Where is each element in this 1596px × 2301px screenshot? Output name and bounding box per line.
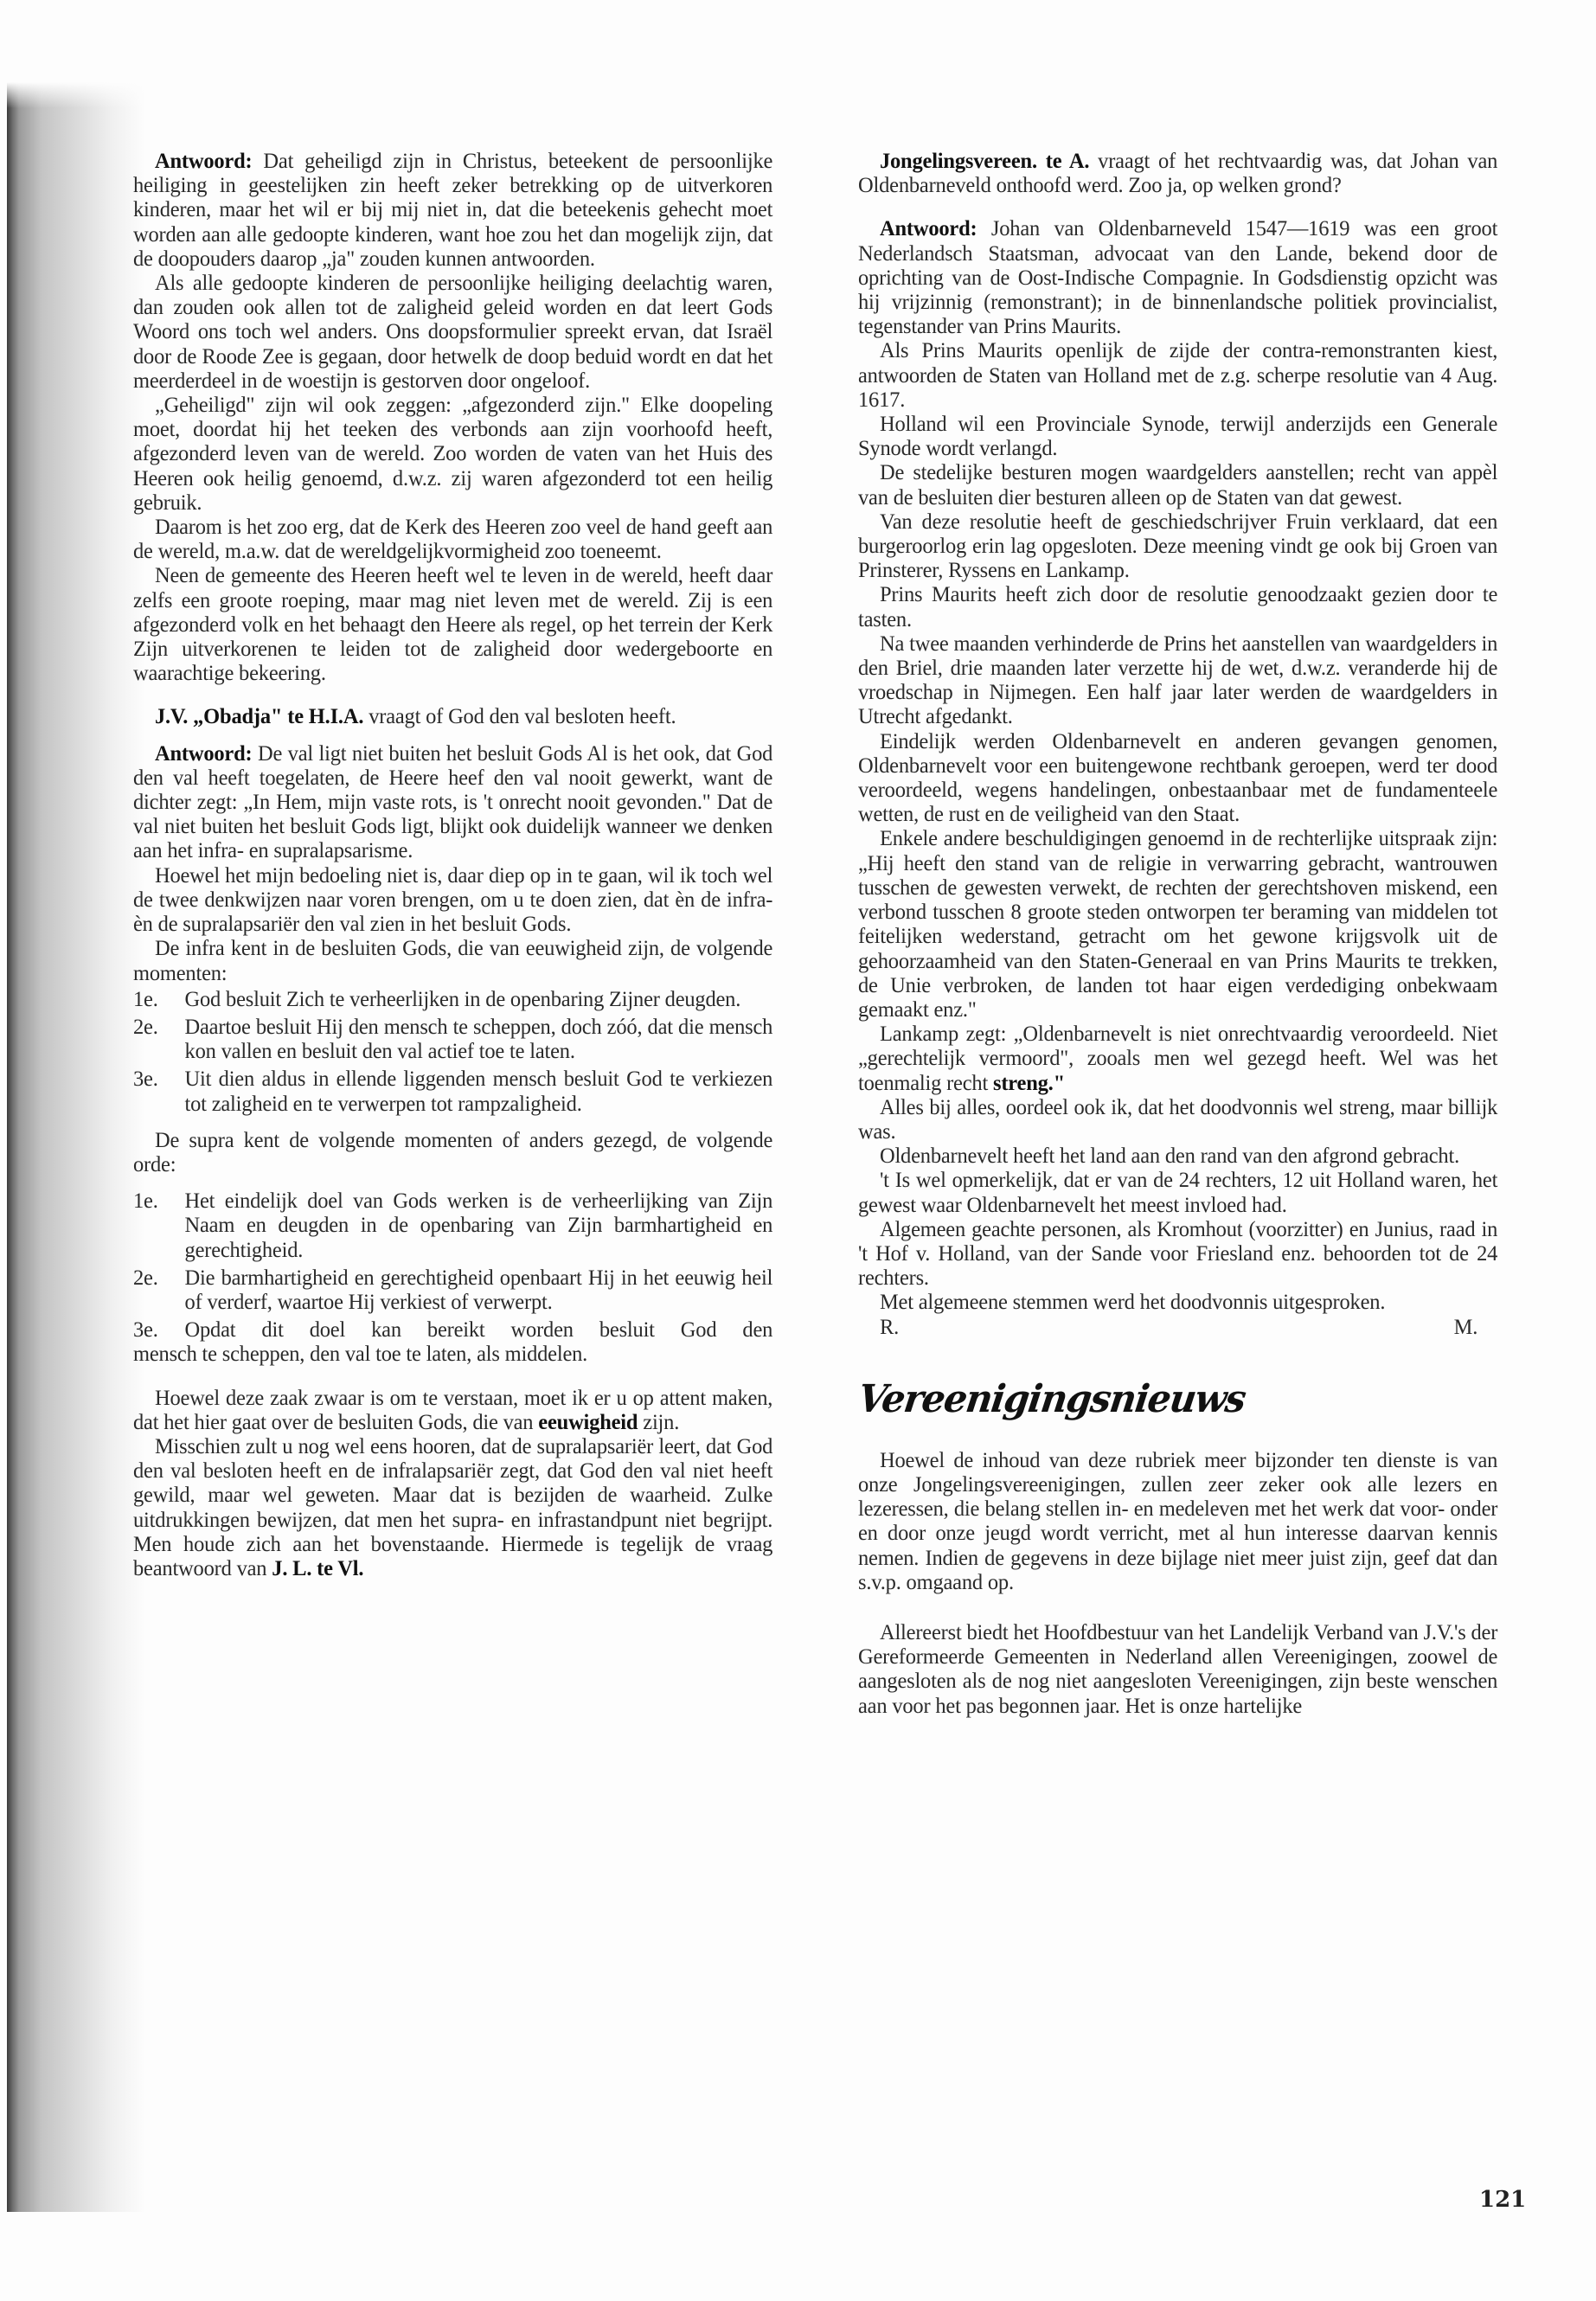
answer-label: Antwoord:: [155, 740, 253, 766]
signature: R. M.: [858, 1315, 1497, 1339]
paragraph: De supra kent de volgende momenten of an…: [133, 1128, 772, 1176]
supra-list: 1e.Het eindelijk doel van Gods werken is…: [133, 1189, 772, 1366]
answer-paragraph: Antwoord: Johan van Oldenbarneveld 1547—…: [858, 216, 1497, 338]
paragraph: Alles bij alles, oordeel ook ik, dat het…: [858, 1095, 1497, 1144]
paragraph: Algemeen geachte personen, als Kromhout …: [858, 1217, 1497, 1291]
paragraph: De stedelijke besturen mogen waardgelder…: [858, 460, 1497, 509]
paragraph: Lankamp zegt: „Oldenbarnevelt is niet on…: [858, 1022, 1497, 1095]
signature-right: M.: [1454, 1315, 1478, 1339]
paragraph: 't Is wel opmerkelijk, dat er van de 24 …: [858, 1168, 1497, 1216]
paragraph: De infra kent in de besluiten Gods, die …: [133, 936, 772, 984]
paragraph: Allereerst biedt het Hoofdbestuur van he…: [858, 1620, 1497, 1718]
paragraph: Hoewel deze zaak zwaar is om te verstaan…: [133, 1386, 772, 1434]
list-item: 1e.Het eindelijk doel van Gods werken is…: [133, 1189, 772, 1262]
answer-label: Antwoord:: [155, 148, 253, 173]
right-column: Jongelingsvereen. te A. vraagt of het re…: [858, 149, 1497, 1718]
paragraph: Daarom is het zoo erg, dat de Kerk des H…: [133, 515, 772, 563]
paragraph: „Geheiligd" zijn wil ook zeggen: „afgezo…: [133, 393, 772, 515]
page-binding-shadow: [7, 82, 145, 2212]
left-column: Antwoord: Dat geheiligd zijn in Christus…: [133, 149, 772, 1580]
section-heading: Vereenigingsnieuws: [855, 1374, 1504, 1426]
paragraph: Hoewel de inhoud van deze rubriek meer b…: [858, 1448, 1497, 1594]
list-item-continuation: mensch te scheppen, den val toe te laten…: [133, 1342, 772, 1366]
paragraph: Eindelijk werden Oldenbarnevelt en ander…: [858, 729, 1497, 827]
paragraph: Na twee maanden verhinderde de Prins het…: [858, 631, 1497, 729]
answer-paragraph: Antwoord: De val ligt niet buiten het be…: [133, 741, 772, 863]
paragraph: Misschien zult u nog wel eens hooren, da…: [133, 1434, 772, 1580]
paragraph: Oldenbarnevelt heeft het land aan den ra…: [858, 1144, 1497, 1168]
paragraph: Van deze resolutie heeft de geschiedschr…: [858, 510, 1497, 583]
paragraph: Als Prins Maurits openlijk de zijde der …: [858, 338, 1497, 412]
addressee: J. L. te Vl.: [272, 1555, 363, 1580]
list-item: 3e.Opdat dit doel kan bereikt worden bes…: [133, 1317, 772, 1342]
paragraph: Enkele andere beschuldigingen genoemd in…: [858, 826, 1497, 1022]
paragraph: Holland wil een Provinciale Synode, terw…: [858, 412, 1497, 460]
list-item: 1e.God besluit Zich te verheerlijken in …: [133, 987, 772, 1011]
list-item: 2e.Die barmhartigheid en gerechtigheid o…: [133, 1266, 772, 1314]
answer-paragraph: Antwoord: Dat geheiligd zijn in Christus…: [133, 149, 772, 271]
paragraph: Neen de gemeente des Heeren heeft wel te…: [133, 563, 772, 685]
page-number: 121: [1479, 2187, 1526, 2213]
infra-list: 1e.God besluit Zich te verheerlijken in …: [133, 987, 772, 1116]
question-asker: J.V. „Obadja" te H.I.A.: [155, 703, 363, 728]
emphasis: eeuwigheid: [538, 1409, 638, 1434]
list-item: 3e.Uit dien aldus in ellende liggenden m…: [133, 1067, 772, 1115]
paragraph: Met algemeene stemmen werd het doodvonni…: [858, 1290, 1497, 1314]
paragraph: Hoewel het mijn bedoeling niet is, daar …: [133, 863, 772, 937]
paragraph: Prins Maurits heeft zich door de resolut…: [858, 582, 1497, 631]
question-paragraph: J.V. „Obadja" te H.I.A. vraagt of God de…: [133, 704, 772, 728]
question-asker: Jongelingsvereen. te A.: [880, 148, 1089, 173]
paragraph: Als alle gedoopte kinderen de persoonlij…: [133, 271, 772, 393]
answer-label: Antwoord:: [880, 215, 977, 240]
list-item: 2e.Daartoe besluit Hij den mensch te sch…: [133, 1015, 772, 1063]
signature-left: R.: [880, 1315, 899, 1339]
question-paragraph: Jongelingsvereen. te A. vraagt of het re…: [858, 149, 1497, 197]
emphasis: streng.": [993, 1070, 1065, 1095]
